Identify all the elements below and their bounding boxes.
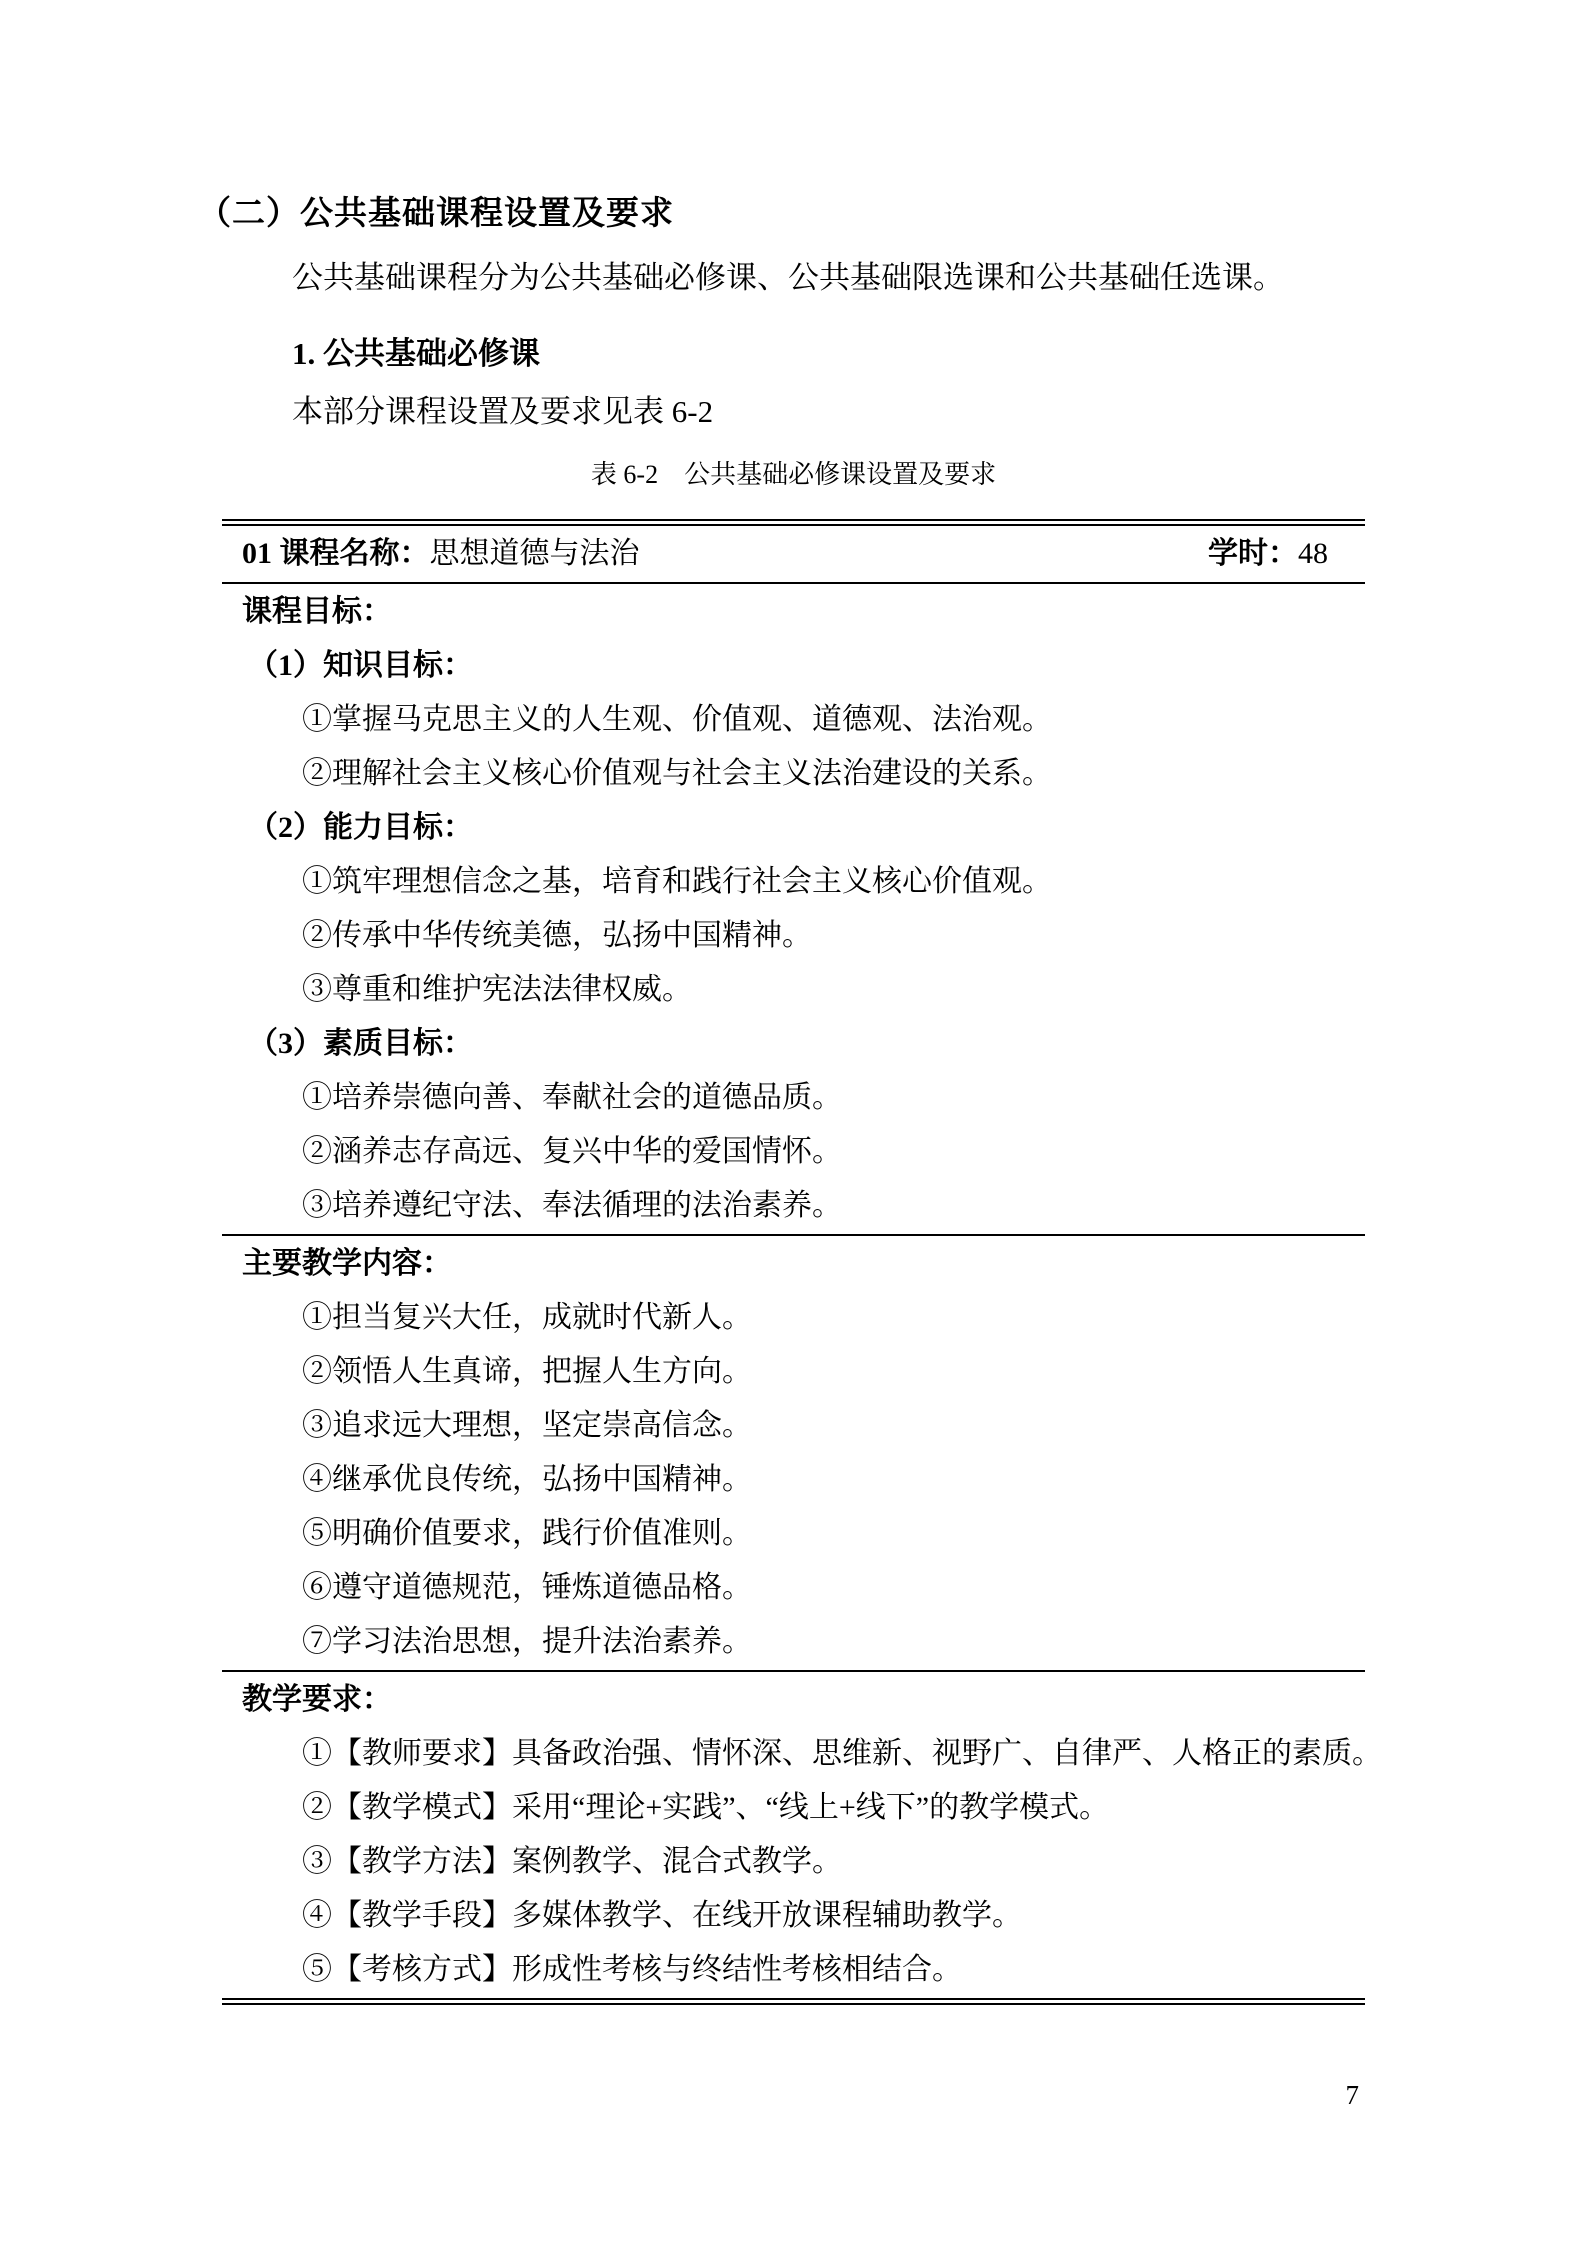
- course-header-row: 01 课程名称：思想道德与法治 学时：48: [222, 526, 1365, 584]
- objective-item: ①培养崇德向善、奉献社会的道德品质。: [222, 1071, 1365, 1125]
- page-number: 7: [1346, 2078, 1360, 2112]
- teaching-content-item: ⑥遵守道德规范，锤炼道德品格。: [222, 1561, 1365, 1615]
- teaching-content-section: 主要教学内容： ①担当复兴大任，成就时代新人。 ②领悟人生真谛，把握人生方向。 …: [222, 1236, 1365, 1672]
- objective-item: ①筑牢理想信念之基，培育和践行社会主义核心价值观。: [222, 855, 1365, 909]
- teaching-requirements-title: 教学要求：: [222, 1673, 1365, 1727]
- objective-item: ①掌握马克思主义的人生观、价值观、道德观、法治观。: [222, 693, 1365, 747]
- teaching-content-item: ②领悟人生真谛，把握人生方向。: [222, 1345, 1365, 1399]
- teaching-requirement-item: ①【教师要求】具备政治强、情怀深、思维新、视野广、自律严、人格正的素质。: [222, 1727, 1365, 1781]
- teaching-content-item: ⑤明确价值要求，践行价值准则。: [222, 1507, 1365, 1561]
- objective-item: ②理解社会主义核心价值观与社会主义法治建设的关系。: [222, 747, 1365, 801]
- teaching-requirement-item: ③【教学方法】案例教学、混合式教学。: [222, 1835, 1365, 1889]
- objective-item: ②涵养志存高远、复兴中华的爱国情怀。: [222, 1125, 1365, 1179]
- teaching-content-item: ③追求远大理想，坚定崇高信念。: [222, 1399, 1365, 1453]
- course-name-label: 01 课程名称：: [242, 537, 430, 570]
- course-name-cell: 01 课程名称：思想道德与法治: [242, 526, 640, 582]
- intro-paragraph: 公共基础课程分为公共基础必修课、公共基础限选课和公共基础任选课。: [222, 256, 1365, 300]
- teaching-requirement-item: ②【教学模式】采用“理论+实践”、“线上+线下”的教学模式。: [222, 1781, 1365, 1835]
- objective-item: ③尊重和维护宪法法律权威。: [222, 963, 1365, 1017]
- course-objectives-section: 课程目标： （1）知识目标： ①掌握马克思主义的人生观、价值观、道德观、法治观。…: [222, 584, 1365, 1236]
- table-caption: 表 6-2 公共基础必修课设置及要求: [222, 457, 1365, 493]
- teaching-requirement-item: ⑤【考核方式】形成性考核与终结性考核相结合。: [222, 1943, 1365, 1997]
- section-heading: （二）公共基础课程设置及要求: [198, 192, 1365, 236]
- page-content: （二）公共基础课程设置及要求 公共基础课程分为公共基础必修课、公共基础限选课和公…: [222, 0, 1365, 2005]
- teaching-content-item: ①担当复兴大任，成就时代新人。: [222, 1291, 1365, 1345]
- course-hours-label: 学时：: [1208, 537, 1298, 570]
- objective-item: ②传承中华传统美德，弘扬中国精神。: [222, 909, 1365, 963]
- teaching-content-item: ⑦学习法治思想，提升法治素养。: [222, 1615, 1365, 1669]
- document-page: （二）公共基础课程设置及要求 公共基础课程分为公共基础必修课、公共基础限选课和公…: [0, 0, 1587, 2245]
- table-reference-paragraph: 本部分课程设置及要求见表 6-2: [222, 390, 1365, 434]
- knowledge-objectives-title: （1）知识目标：: [222, 639, 1365, 693]
- subsection-heading: 1. 公共基础必修课: [222, 332, 1365, 376]
- course-table: 01 课程名称：思想道德与法治 学时：48 课程目标： （1）知识目标： ①掌握…: [222, 519, 1365, 2005]
- course-hours-cell: 学时：48: [1208, 526, 1328, 582]
- quality-objectives-title: （3）素质目标：: [222, 1017, 1365, 1071]
- teaching-content-item: ④继承优良传统，弘扬中国精神。: [222, 1453, 1365, 1507]
- objectives-title: 课程目标：: [222, 585, 1365, 639]
- teaching-requirements-section: 教学要求： ①【教师要求】具备政治强、情怀深、思维新、视野广、自律严、人格正的素…: [222, 1672, 1365, 1998]
- teaching-content-title: 主要教学内容：: [222, 1237, 1365, 1291]
- ability-objectives-title: （2）能力目标：: [222, 801, 1365, 855]
- teaching-requirement-item: ④【教学手段】多媒体教学、在线开放课程辅助教学。: [222, 1889, 1365, 1943]
- objective-item: ③培养遵纪守法、奉法循理的法治素养。: [222, 1179, 1365, 1233]
- course-name-value: 思想道德与法治: [430, 537, 640, 570]
- course-hours-value: 48: [1298, 537, 1328, 570]
